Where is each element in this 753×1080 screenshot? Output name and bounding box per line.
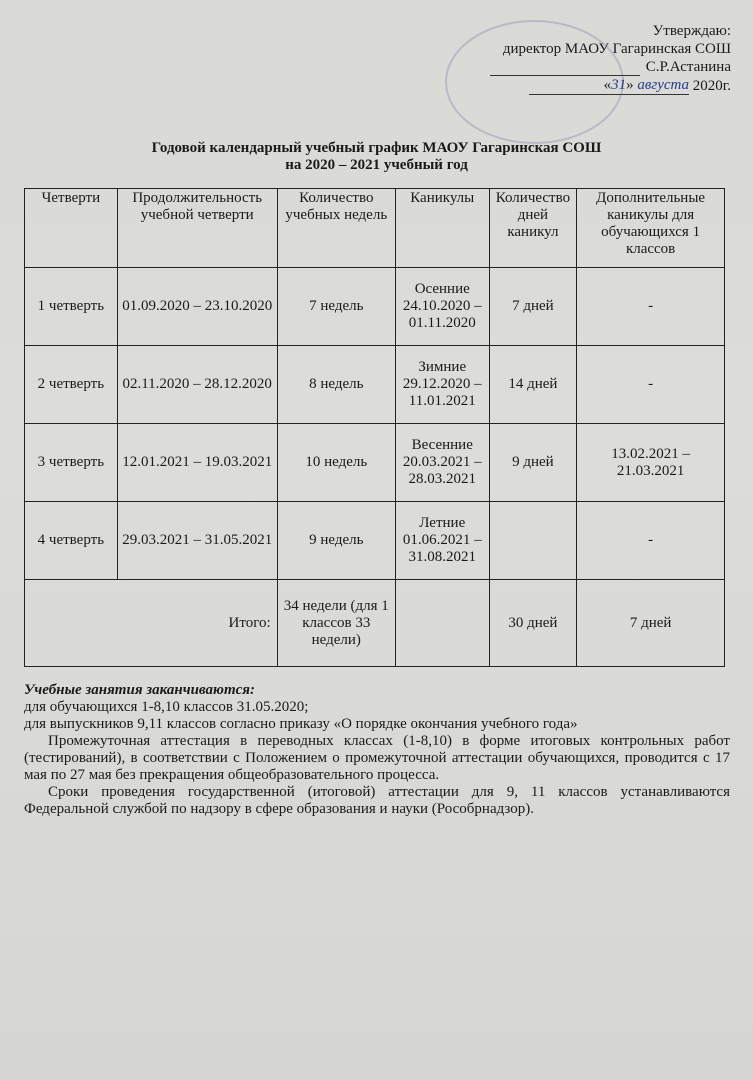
extra-cell: - [577,346,725,424]
header-extra-holidays: Дополнительные каникулы для обучающихся … [577,189,725,268]
days-cell: 7 дней [489,268,577,346]
table-row: 2 четверть 02.11.2020 – 28.12.2020 8 нед… [25,346,725,424]
approval-date: «31» августа 2020г. [431,76,731,95]
approval-day: 31 [611,77,626,93]
approval-heading: Утверждаю: [431,22,731,40]
approval-block: Утверждаю: директор МАОУ Гагаринская СОШ… [431,22,731,95]
duration-cell: 01.09.2020 – 23.10.2020 [117,268,277,346]
days-cell: 9 дней [489,424,577,502]
approval-month: августа [637,77,689,93]
header-holidays: Каникулы [395,189,489,268]
title-line-2: на 2020 – 2021 учебный год [0,157,753,174]
total-label: Итого: [25,580,278,667]
total-weeks: 34 недели (для 1 классов 33 недели) [277,580,395,667]
weeks-cell: 8 недель [277,346,395,424]
duration-cell: 02.11.2020 – 28.12.2020 [117,346,277,424]
schedule-table: Четверти Продолжительность учебной четве… [24,188,725,667]
holiday-cell: Летние01.06.2021 – 31.08.2021 [395,502,489,580]
total-row: Итого: 34 недели (для 1 классов 33 недел… [25,580,725,667]
title-line-1: Годовой календарный учебный график МАОУ … [0,140,753,157]
extra-cell: 13.02.2021 – 21.03.2021 [577,424,725,502]
quarter-cell: 4 четверть [25,502,118,580]
total-days: 30 дней [489,580,577,667]
approval-name: С.Р.Астанина [646,59,731,75]
document-title: Годовой календарный учебный график МАОУ … [0,140,753,174]
notes-line-1: для обучающихся 1-8,10 классов 31.05.202… [24,699,730,716]
notes-block: Учебные занятия заканчиваются: для обуча… [24,682,730,818]
table-row: 1 четверть 01.09.2020 – 23.10.2020 7 нед… [25,268,725,346]
holiday-cell: Весенние20.03.2021 – 28.03.2021 [395,424,489,502]
weeks-cell: 9 недель [277,502,395,580]
days-cell: 14 дней [489,346,577,424]
duration-cell: 29.03.2021 – 31.05.2021 [117,502,277,580]
total-holidays [395,580,489,667]
duration-cell: 12.01.2021 – 19.03.2021 [117,424,277,502]
header-duration: Продолжительность учебной четверти [117,189,277,268]
table-header-row: Четверти Продолжительность учебной четве… [25,189,725,268]
notes-heading: Учебные занятия заканчиваются: [24,682,730,699]
quarter-cell: 2 четверть [25,346,118,424]
header-weeks: Количество учебных недель [277,189,395,268]
table-row: 4 четверть 29.03.2021 – 31.05.2021 9 нед… [25,502,725,580]
header-holiday-days: Количество дней каникул [489,189,577,268]
weeks-cell: 7 недель [277,268,395,346]
header-quarters: Четверти [25,189,118,268]
extra-cell: - [577,502,725,580]
notes-paragraph-2: Сроки проведения государственной (итогов… [24,784,730,818]
signature-line [490,61,640,76]
days-cell [489,502,577,580]
notes-paragraph-1: Промежуточная аттестация в переводных кл… [24,733,730,784]
date-line: «31» августа [529,76,689,95]
holiday-cell: Осенние24.10.2020 – 01.11.2020 [395,268,489,346]
weeks-cell: 10 недель [277,424,395,502]
approval-name-line: С.Р.Астанина [431,58,731,76]
quarter-cell: 3 четверть [25,424,118,502]
total-extra: 7 дней [577,580,725,667]
approval-year: 2020г. [693,78,731,94]
approval-position: директор МАОУ Гагаринская СОШ [431,40,731,58]
notes-line-2: для выпускников 9,11 классов согласно пр… [24,716,730,733]
quarter-cell: 1 четверть [25,268,118,346]
table-row: 3 четверть 12.01.2021 – 19.03.2021 10 не… [25,424,725,502]
extra-cell: - [577,268,725,346]
holiday-cell: Зимние29.12.2020 – 11.01.2021 [395,346,489,424]
